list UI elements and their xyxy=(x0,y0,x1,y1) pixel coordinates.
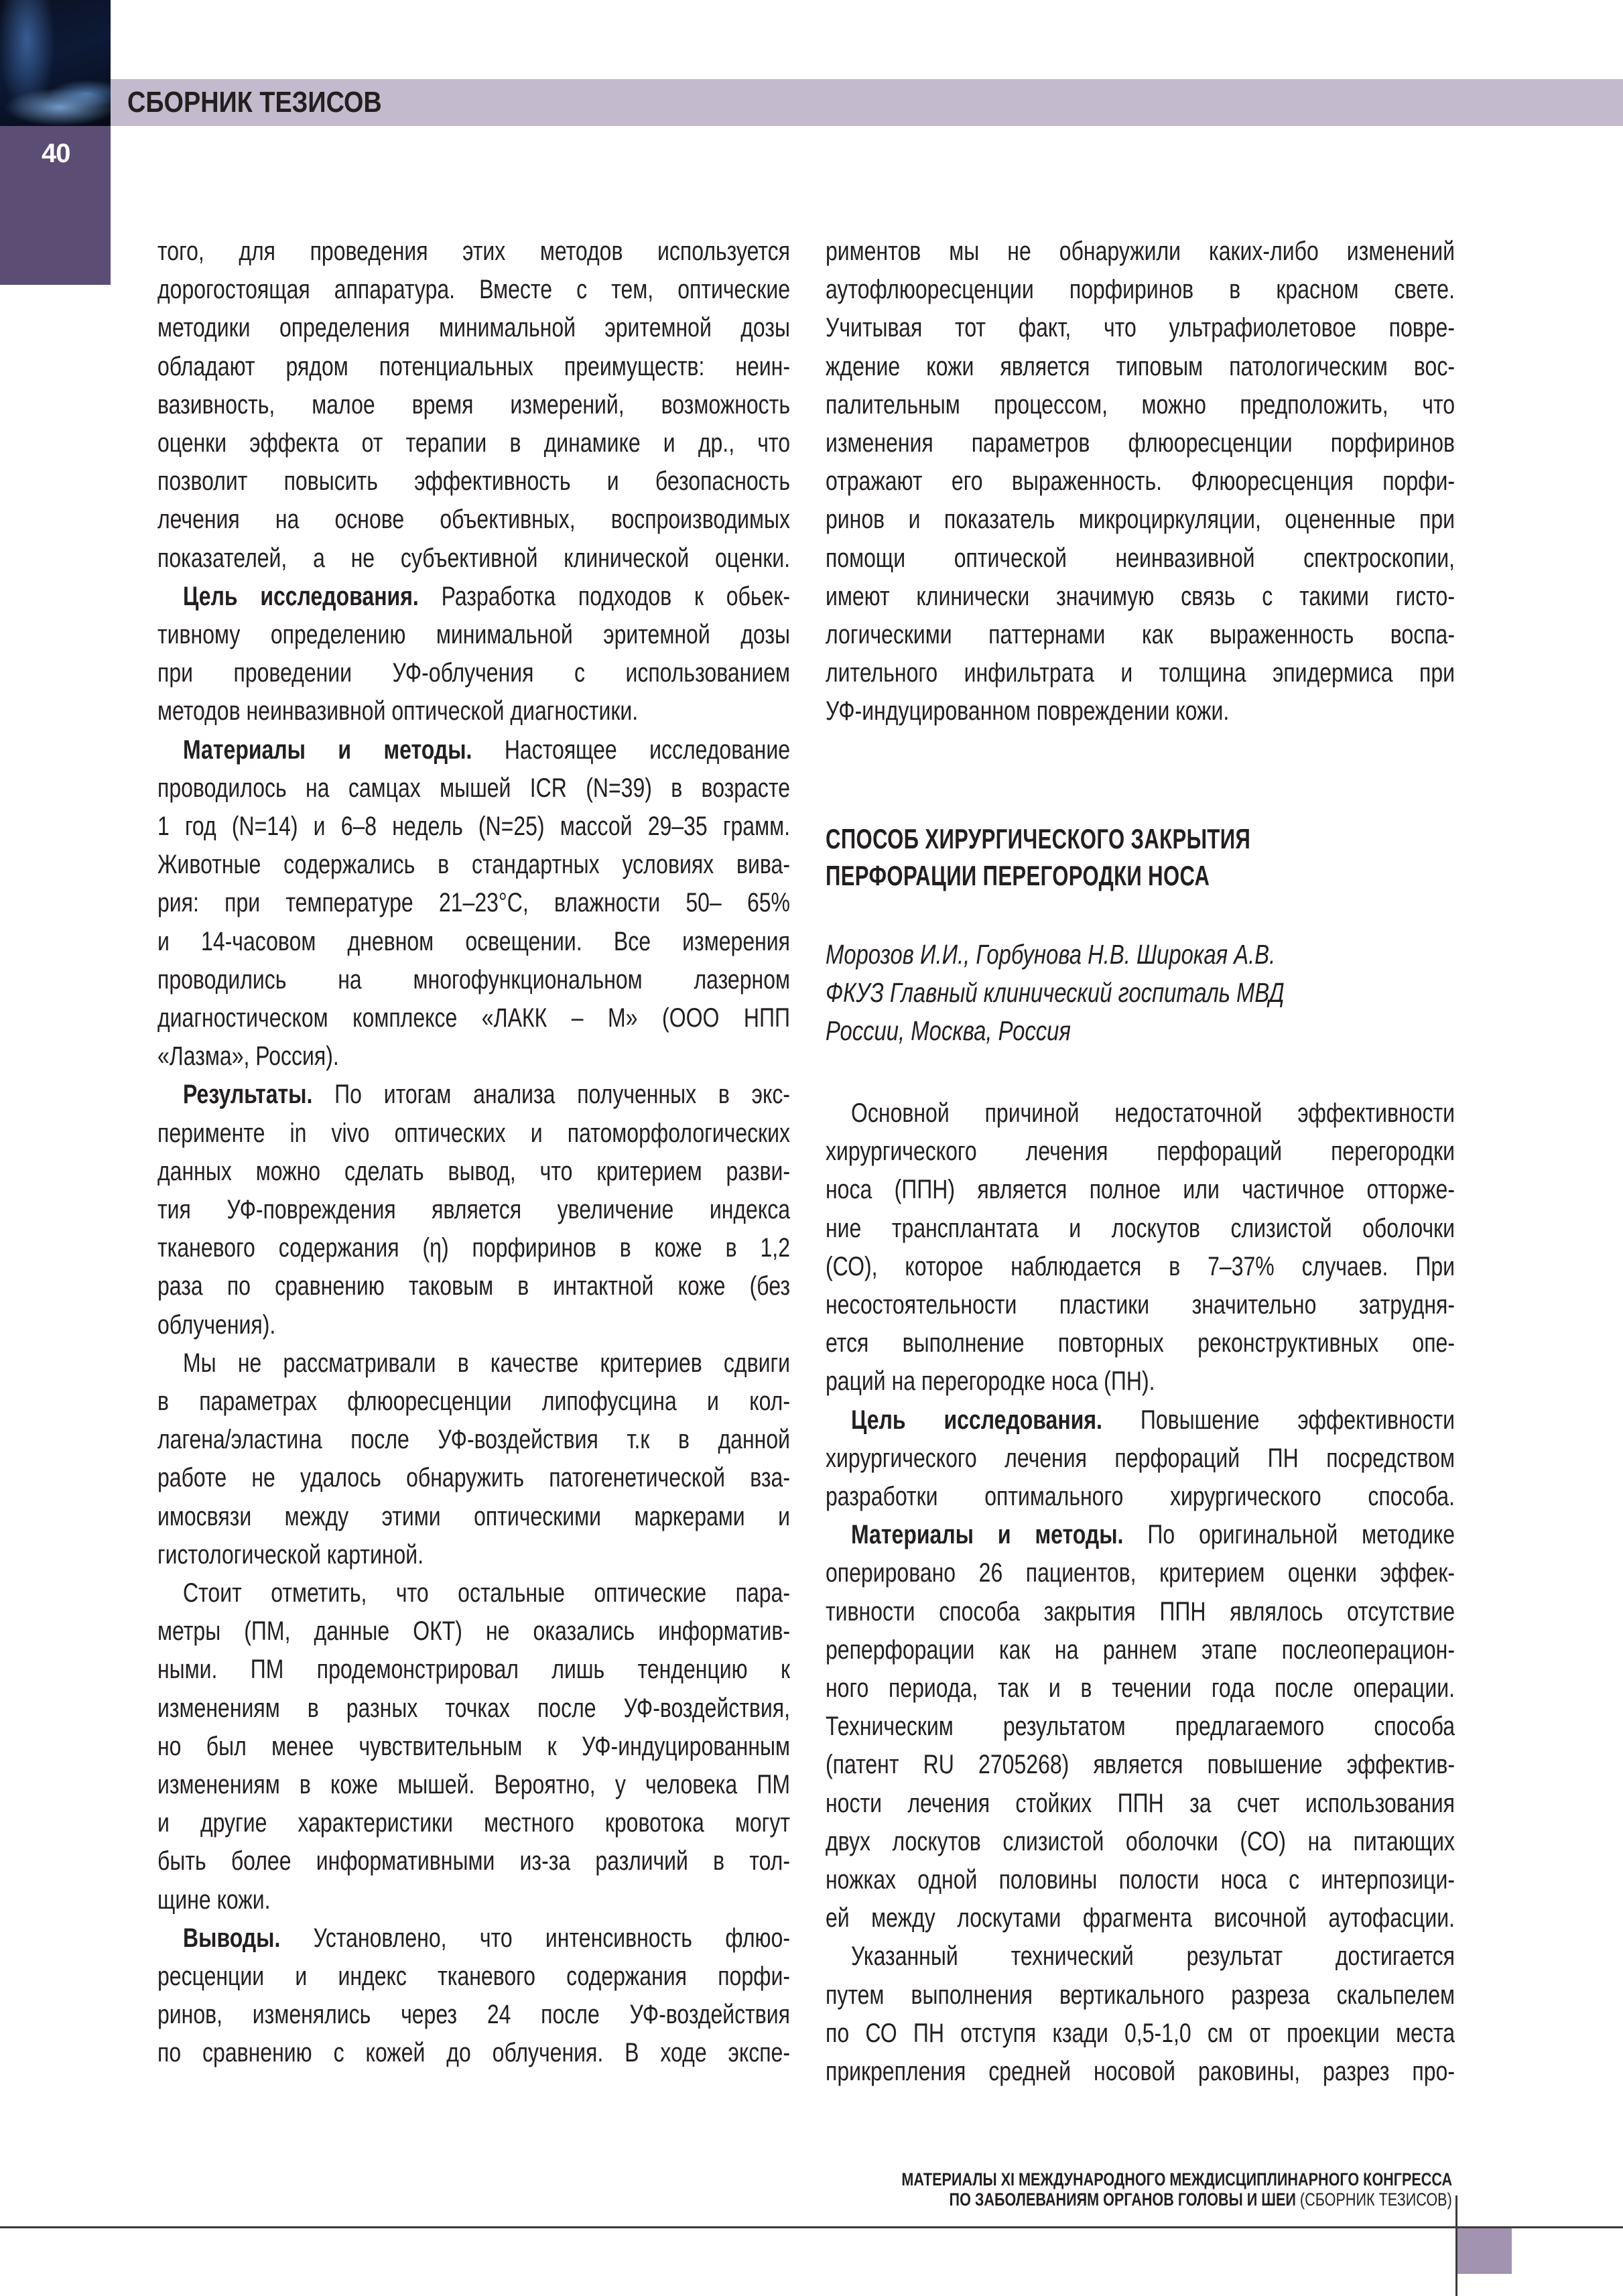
text-line: отражают его выраженность. Флюоресценция… xyxy=(826,462,1455,501)
line-text: в параметрах флюоресценции липофусцина и… xyxy=(157,1387,790,1416)
line-text: позволит повысить эффективность и безопа… xyxy=(157,466,790,496)
text-line: Результаты. По итогам анализа полученных… xyxy=(183,1076,790,1114)
line-text: при проведении УФ-облучения с использова… xyxy=(157,658,790,688)
text-line: ности лечения стойких ППН за счет исполь… xyxy=(826,1785,1455,1823)
article-title-line-2: ПЕРФОРАЦИИ ПЕРЕГОРОДКИ НОСА xyxy=(826,857,1210,894)
footer-conference-line-2: ПО ЗАБОЛЕВАНИЯМ ОРГАНОВ ГОЛОВЫ И ШЕИ (СБ… xyxy=(950,2189,1452,2210)
line-text: Животные содержались в стандартных услов… xyxy=(157,850,790,879)
text-line: работе не удалось обнаружить патогенетич… xyxy=(157,1459,790,1497)
text-line: ринов и показатель микроциркуляции, оцен… xyxy=(826,501,1455,539)
text-line: ножках одной половины полости носа с инт… xyxy=(826,1861,1455,1899)
text-line: оценки эффекта от терапии в динамике и д… xyxy=(157,424,790,462)
line-text: УФ-индуцированном повреждении кожи. xyxy=(826,696,1229,726)
line-text: отражают его выраженность. Флюоресценция… xyxy=(826,466,1455,496)
text-line: тия УФ-повреждения является увеличение и… xyxy=(157,1191,790,1229)
text-line: и другие характеристики местного кровото… xyxy=(157,1804,790,1842)
text-line: (СО), которое наблюдается в 7–37% случае… xyxy=(826,1248,1455,1286)
line-text: (СО), которое наблюдается в 7–37% случае… xyxy=(826,1252,1455,1281)
line-text: ей между лоскутами фрагмента височной ау… xyxy=(826,1903,1455,1933)
line-text: Техническим результатом предлагаемого сп… xyxy=(826,1712,1455,1741)
line-text: гистологической картиной. xyxy=(157,1540,424,1570)
line-text: раций на перегородке носа (ПН). xyxy=(826,1366,1155,1396)
line-text: того, для проведения этих методов исполь… xyxy=(157,237,790,266)
line-text: Указанный технический результат достигае… xyxy=(851,1941,1455,1971)
text-line: Материалы и методы. Настоящее исследован… xyxy=(183,731,790,769)
text-line: изменениям в разных точках после УФ-возд… xyxy=(157,1689,790,1728)
line-text: Настоящее исследование xyxy=(472,735,790,765)
paragraph-lead: Материалы и методы. xyxy=(183,735,472,765)
text-line: рия: при температуре 21–23°С, влажности … xyxy=(157,884,790,922)
text-line: при проведении УФ-облучения с использова… xyxy=(157,654,790,692)
text-line: и 14-часовом дневном освещении. Все изме… xyxy=(157,923,790,961)
line-text: проводились на многофункциональном лазер… xyxy=(157,965,790,995)
decorative-header-image xyxy=(0,0,111,126)
line-text: логическими паттернами как выраженность … xyxy=(826,620,1455,649)
text-line: проводилось на самцах мышей ICR (N=39) в… xyxy=(157,769,790,808)
text-line: логическими паттернами как выраженность … xyxy=(826,616,1455,654)
line-text: лечения на основе объективных, воспроизв… xyxy=(157,505,790,534)
line-text: изменениям в коже мышей. Вероятно, у чел… xyxy=(157,1770,790,1799)
line-text: ние трансплантата и лоскутов слизистой о… xyxy=(826,1214,1455,1243)
text-line: имосвязи между этими оптическими маркера… xyxy=(157,1498,790,1536)
affiliation-line-1: ФКУЗ Главный клинический госпиталь МВД xyxy=(826,974,1285,1012)
line-text: лагена/эластина после УФ-воздействия т.к… xyxy=(157,1425,790,1454)
paragraph-lead: Результаты. xyxy=(183,1080,312,1109)
line-text: хирургического лечения перфораций ПН пос… xyxy=(826,1444,1455,1473)
line-text: палительным процессом, можно предположит… xyxy=(826,390,1455,420)
line-text: раза по сравнению таковым в интактной ко… xyxy=(157,1271,790,1301)
text-line: Мы не рассматривали в качестве критериев… xyxy=(183,1344,790,1383)
page-number: 40 xyxy=(42,139,70,169)
section-title: СБОРНИК ТЕЗИСОВ xyxy=(127,87,382,118)
line-text: изменения параметров флюоресценции порфи… xyxy=(826,428,1455,458)
text-line: методов неинвазивной оптической диагност… xyxy=(157,692,790,730)
text-line: имеют клинически значимую связь с такими… xyxy=(826,578,1455,616)
text-line: риментов мы не обнаружили каких-либо изм… xyxy=(826,233,1455,271)
text-line: «Лазма», Россия). xyxy=(157,1037,790,1076)
text-line: путем выполнения вертикального разреза с… xyxy=(826,1976,1455,2015)
line-text: хирургического лечения перфораций перего… xyxy=(826,1137,1455,1166)
line-text: 1 год (N=14) и 6–8 недель (N=25) массой … xyxy=(157,812,790,841)
line-text: Основной причиной недостаточной эффектив… xyxy=(851,1098,1455,1128)
text-line: быть более информативными из-за различий… xyxy=(157,1842,790,1880)
text-line: лечения на основе объективных, воспроизв… xyxy=(157,501,790,539)
line-text: дорогостоящая аппаратура. Вместе с тем, … xyxy=(157,275,790,304)
line-text: несостоятельности пластики значительно з… xyxy=(826,1290,1455,1320)
text-line: изменениям в коже мышей. Вероятно, у чел… xyxy=(157,1766,790,1804)
line-text: Мы не рассматривали в качестве критериев… xyxy=(183,1348,790,1378)
line-text: вазивность, малое время измерений, возмо… xyxy=(157,390,790,420)
text-line: проводились на многофункциональном лазер… xyxy=(157,961,790,999)
line-text: По итогам анализа полученных в экс- xyxy=(312,1080,790,1109)
text-line: раза по сравнению таковым в интактной ко… xyxy=(157,1267,790,1305)
text-line: показателей, а не субъективной клиническ… xyxy=(157,539,790,578)
line-text: лительного инфильтрата и толщина эпидерм… xyxy=(826,658,1455,688)
line-text: быть более информативными из-за различий… xyxy=(157,1846,790,1876)
line-text: помощи оптической неинвазивной спектроск… xyxy=(826,544,1455,573)
text-line: ние трансплантата и лоскутов слизистой о… xyxy=(826,1210,1455,1248)
text-line: Материалы и методы. По оригинальной мето… xyxy=(851,1516,1455,1554)
text-line: лительного инфильтрата и толщина эпидерм… xyxy=(826,654,1455,692)
text-line: тивности способа закрытия ППН являлось о… xyxy=(826,1593,1455,1631)
line-text: работе не удалось обнаружить патогенетич… xyxy=(157,1463,790,1492)
line-text: обладают рядом потенциальных преимуществ… xyxy=(157,352,790,381)
line-text: прикрепления средней носовой раковины, р… xyxy=(826,2057,1455,2086)
text-line: Цель исследования. Повышение эффективнос… xyxy=(851,1401,1455,1440)
text-line: но был менее чувствительным к УФ-индуцир… xyxy=(157,1728,790,1766)
line-text: ности лечения стойких ППН за счет исполь… xyxy=(826,1789,1455,1818)
line-text: Разработка подходов к обьек- xyxy=(419,582,790,611)
text-line: ресценции и индекс тканевого содержания … xyxy=(157,1958,790,1996)
line-text: ресценции и индекс тканевого содержания … xyxy=(157,1962,790,1991)
line-text: но был менее чувствительным к УФ-индуцир… xyxy=(157,1732,790,1761)
line-text: Стоит отметить, что остальные оптические… xyxy=(183,1578,790,1608)
paragraph-lead: Материалы и методы. xyxy=(851,1520,1123,1549)
line-text: облучения). xyxy=(157,1310,275,1340)
article-title-line-1: СПОСОБ ХИРУРГИЧЕСКОГО ЗАКРЫТИЯ xyxy=(826,820,1250,857)
line-text: методики определения минимальной эритемн… xyxy=(157,313,790,342)
line-text: рия: при температуре 21–23°С, влажности … xyxy=(157,888,790,917)
text-line: щине кожи. xyxy=(157,1881,790,1919)
line-text: ножках одной половины полости носа с инт… xyxy=(826,1865,1455,1895)
text-line: в параметрах флюоресценции липофусцина и… xyxy=(157,1383,790,1421)
text-line: носа (ППН) является полное или частичное… xyxy=(826,1171,1455,1209)
text-line: ными. ПМ продемонстрировал лишь тенденци… xyxy=(157,1651,790,1689)
line-text: по СО ПН отступя кзади 0,5-1,0 см от про… xyxy=(826,2019,1455,2048)
text-line: помощи оптической неинвазивной спектроск… xyxy=(826,539,1455,578)
text-line: дорогостоящая аппаратура. Вместе с тем, … xyxy=(157,271,790,309)
text-line: хирургического лечения перфораций перего… xyxy=(826,1133,1455,1171)
text-line: лагена/эластина после УФ-воздействия т.к… xyxy=(157,1421,790,1459)
text-line: ется выполнение повторных реконструктивн… xyxy=(826,1324,1455,1362)
footer-accent-square xyxy=(1457,2228,1512,2274)
line-text: двух лоскутов слизистой оболочки (СО) на… xyxy=(826,1827,1455,1856)
line-text: имеют клинически значимую связь с такими… xyxy=(826,582,1455,611)
line-text: и 14-часовом дневном освещении. Все изме… xyxy=(157,927,790,956)
line-text: Установлено, что интенсивность флюо- xyxy=(280,1923,790,1953)
text-line: аутофлюоресценции порфиринов в красном с… xyxy=(826,271,1455,309)
line-text: метры (ПМ, данные ОКТ) не оказались инфо… xyxy=(157,1616,790,1646)
line-text: По оригинальной методике xyxy=(1123,1520,1455,1549)
line-text: аутофлюоресценции порфиринов в красном с… xyxy=(826,275,1455,304)
text-line: Основной причиной недостаточной эффектив… xyxy=(851,1094,1455,1133)
paragraph-lead: Цель исследования. xyxy=(851,1405,1102,1435)
text-line: двух лоскутов слизистой оболочки (СО) на… xyxy=(826,1823,1455,1861)
footer-conference-line-1: МАТЕРИАЛЫ XI МЕЖДУНАРОДНОГО МЕЖДИСЦИПЛИН… xyxy=(901,2169,1452,2189)
text-line: Выводы. Установлено, что интенсивность ф… xyxy=(183,1919,790,1958)
text-line: перименте in vivo оптических и патоморфо… xyxy=(157,1114,790,1153)
line-text: ринов и показатель микроциркуляции, оцен… xyxy=(826,505,1455,534)
text-line: хирургического лечения перфораций ПН пос… xyxy=(826,1440,1455,1478)
text-line: облучения). xyxy=(157,1306,790,1344)
line-text: перименте in vivo оптических и патоморфо… xyxy=(157,1119,790,1148)
text-line: несостоятельности пластики значительно з… xyxy=(826,1286,1455,1324)
text-line: тканевого содержания (η) порфиринов в ко… xyxy=(157,1229,790,1267)
text-line: раций на перегородке носа (ПН). xyxy=(826,1362,1455,1401)
line-text: показателей, а не субъективной клиническ… xyxy=(157,544,790,573)
line-text: изменениям в разных точках после УФ-возд… xyxy=(157,1694,790,1723)
paragraph-lead: Выводы. xyxy=(183,1923,280,1953)
line-text: методов неинвазивной оптической диагност… xyxy=(157,696,638,726)
line-text: оперировано 26 пациентов, критерием оцен… xyxy=(826,1558,1455,1588)
text-line: обладают рядом потенциальных преимуществ… xyxy=(157,348,790,386)
text-line: УФ-индуцированном повреждении кожи. xyxy=(826,692,1455,730)
text-line: вазивность, малое время измерений, возмо… xyxy=(157,386,790,424)
text-line: тивному определению минимальной эритемно… xyxy=(157,616,790,654)
footer-line2-light: (СБОРНИК ТЕЗИСОВ) xyxy=(1296,2189,1452,2210)
line-text: «Лазма», Россия). xyxy=(157,1041,339,1071)
paragraph-lead: Цель исследования. xyxy=(183,582,419,611)
line-text: реперфорации как на раннем этапе послеоп… xyxy=(826,1635,1455,1665)
line-text: Повышение эффективности xyxy=(1102,1405,1455,1435)
text-line: позволит повысить эффективность и безопа… xyxy=(157,462,790,501)
text-line: прикрепления средней носовой раковины, р… xyxy=(826,2053,1455,2091)
text-line: метры (ПМ, данные ОКТ) не оказались инфо… xyxy=(157,1612,790,1651)
text-line: Животные содержались в стандартных услов… xyxy=(157,846,790,884)
affiliation-line-2: России, Москва, Россия xyxy=(826,1012,1071,1050)
text-line: оперировано 26 пациентов, критерием оцен… xyxy=(826,1554,1455,1592)
text-line: гистологической картиной. xyxy=(157,1536,790,1574)
text-line: диагностическом комплексе «ЛАКК – М» (ОО… xyxy=(157,999,790,1037)
footer-line2-bold: ПО ЗАБОЛЕВАНИЯМ ОРГАНОВ ГОЛОВЫ И ШЕИ xyxy=(950,2189,1296,2210)
line-text: разработки оптимального хирургического с… xyxy=(826,1482,1455,1511)
line-text: диагностическом комплексе «ЛАКК – М» (ОО… xyxy=(157,1003,790,1033)
line-text: ного периода, так и в течении года после… xyxy=(826,1673,1455,1703)
line-text: по сравнению с кожей до облучения. В ход… xyxy=(157,2038,790,2067)
text-line: Цель исследования. Разработка подходов к… xyxy=(183,578,790,616)
line-text: тивному определению минимальной эритемно… xyxy=(157,620,790,649)
line-text: и другие характеристики местного кровото… xyxy=(157,1808,790,1838)
text-line: реперфорации как на раннем этапе послеоп… xyxy=(826,1631,1455,1669)
line-text: Учитывая тот факт, что ультрафиолетовое … xyxy=(826,313,1455,342)
text-line: изменения параметров флюоресценции порфи… xyxy=(826,424,1455,462)
line-text: тия УФ-повреждения является увеличение и… xyxy=(157,1195,790,1224)
line-text: ринов, изменялись через 24 после УФ-возд… xyxy=(157,2000,790,2029)
line-text: проводилось на самцах мышей ICR (N=39) в… xyxy=(157,773,790,803)
text-line: данных можно сделать вывод, что критерие… xyxy=(157,1153,790,1191)
text-line: разработки оптимального хирургического с… xyxy=(826,1478,1455,1516)
line-text: тивности способа закрытия ППН являлось о… xyxy=(826,1597,1455,1627)
footer-divider xyxy=(0,2226,1623,2228)
line-text: риментов мы не обнаружили каких-либо изм… xyxy=(826,237,1455,266)
text-line: палительным процессом, можно предположит… xyxy=(826,386,1455,424)
line-text: ными. ПМ продемонстрировал лишь тенденци… xyxy=(157,1655,790,1684)
line-text: ждение кожи является типовым патологичес… xyxy=(826,352,1455,381)
text-line: 1 год (N=14) и 6–8 недель (N=25) массой … xyxy=(157,808,790,846)
text-line: (патент RU 2705268) является повышение э… xyxy=(826,1746,1455,1784)
line-text: тканевого содержания (η) порфиринов в ко… xyxy=(157,1233,790,1263)
line-text: ется выполнение повторных реконструктивн… xyxy=(826,1328,1455,1358)
text-line: по СО ПН отступя кзади 0,5-1,0 см от про… xyxy=(826,2015,1455,2053)
line-text: (патент RU 2705268) является повышение э… xyxy=(826,1750,1455,1779)
line-text: данных можно сделать вывод, что критерие… xyxy=(157,1157,790,1186)
text-line: ждение кожи является типовым патологичес… xyxy=(826,348,1455,386)
line-text: носа (ППН) является полное или частичное… xyxy=(826,1175,1455,1204)
text-line: ринов, изменялись через 24 после УФ-возд… xyxy=(157,1996,790,2034)
line-text: щине кожи. xyxy=(157,1885,271,1915)
text-line: Указанный технический результат достигае… xyxy=(851,1937,1455,1976)
text-line: по сравнению с кожей до облучения. В ход… xyxy=(157,2034,790,2072)
line-text: имосвязи между этими оптическими маркера… xyxy=(157,1502,790,1531)
text-line: ей между лоскутами фрагмента височной ау… xyxy=(826,1899,1455,1937)
text-line: Стоит отметить, что остальные оптические… xyxy=(183,1574,790,1612)
text-line: Техническим результатом предлагаемого сп… xyxy=(826,1708,1455,1746)
text-line: Учитывая тот факт, что ультрафиолетовое … xyxy=(826,309,1455,347)
line-text: путем выполнения вертикального разреза с… xyxy=(826,1980,1455,2010)
text-line: того, для проведения этих методов исполь… xyxy=(157,233,790,271)
authors-line: Морозов И.И., Горбунова Н.В. Широкая А.В… xyxy=(826,936,1275,974)
text-line: ного периода, так и в течении года после… xyxy=(826,1669,1455,1708)
line-text: оценки эффекта от терапии в динамике и д… xyxy=(157,428,790,458)
text-line: методики определения минимальной эритемн… xyxy=(157,309,790,347)
